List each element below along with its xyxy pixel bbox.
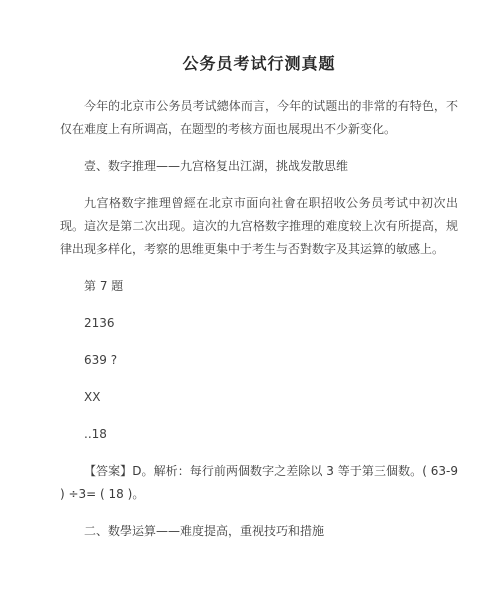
question-row: 2136 [60,312,458,335]
answer-paragraph: 【答案】D。解析：每行前两個数字之差除以 3 等于第三個数。( 63-9 ) ÷… [60,460,458,506]
document-page: 公务员考试行测真题 今年的北京市公务员考试總体而言，今年的试题出的非常的有特色，… [0,0,500,594]
section1-heading: 壹、数字推理——九宫格复出江湖，挑战发散思维 [60,155,458,178]
section1-paragraph: 九宫格数字推理曾經在北京市面向社會在职招收公务员考试中初次出现。這次是第二次出现… [60,192,458,261]
question-row: ..18 [60,423,458,446]
intro-paragraph: 今年的北京市公务员考试總体而言，今年的试题出的非常的有特色，不仅在难度上有所调高… [60,95,458,141]
section2-heading: 二、数學运算——难度提高，重视技巧和措施 [60,520,458,543]
question-label: 第 7 題 [60,275,458,298]
question-row: XX [60,386,458,409]
question-row: 639 ? [60,349,458,372]
page-title: 公务员考试行测真题 [60,52,458,76]
